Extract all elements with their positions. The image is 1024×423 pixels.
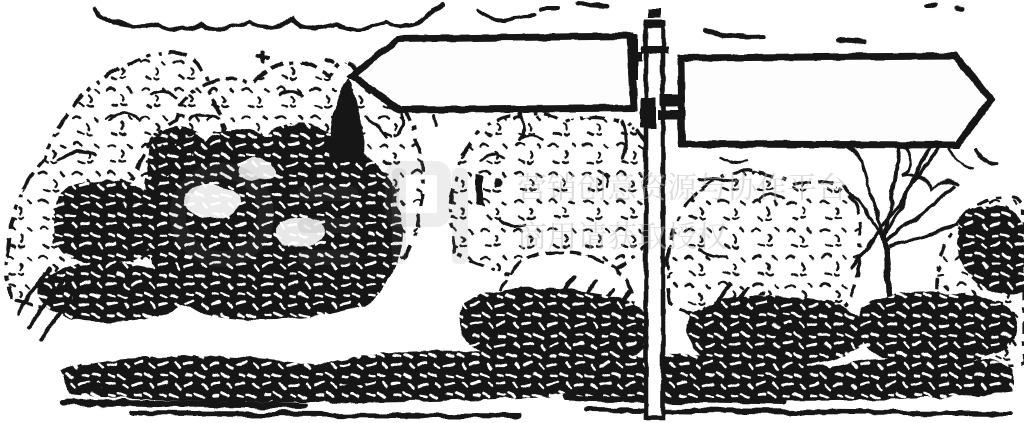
cloud-line-middle <box>478 10 534 19</box>
cloud-dash-3 <box>706 30 762 36</box>
sign-right-arrow <box>681 56 991 145</box>
ground-line-1 <box>62 402 305 406</box>
ground-line-2 <box>132 413 520 416</box>
sky-tick-2 <box>327 60 333 62</box>
sketch-svg: 营销创意资源与协作平台 商用请获取授权 <box>0 0 1024 423</box>
cloud-dash-2 <box>578 4 608 6</box>
bush-over-right-sign <box>901 148 995 190</box>
cloud-dash-4 <box>838 40 864 42</box>
sky-tick-1 <box>258 52 268 62</box>
illustration-canvas: 营销创意资源与协作平台 商用请获取授权 <box>0 0 1024 423</box>
ground <box>60 351 1012 416</box>
ground-line-3 <box>565 398 785 402</box>
bracket-mid <box>640 98 656 128</box>
watermark-text-line1: 营销创意资源与协作平台 <box>517 171 847 206</box>
ground-shadow-band <box>60 351 1012 402</box>
cloud-line-left <box>94 4 443 30</box>
sign-left-arrow <box>352 36 634 110</box>
cloud-dot-1 <box>928 6 962 8</box>
watermark-text-line2: 商用请获取授权 <box>517 220 727 255</box>
right-dark-clump-2 <box>858 292 1016 364</box>
